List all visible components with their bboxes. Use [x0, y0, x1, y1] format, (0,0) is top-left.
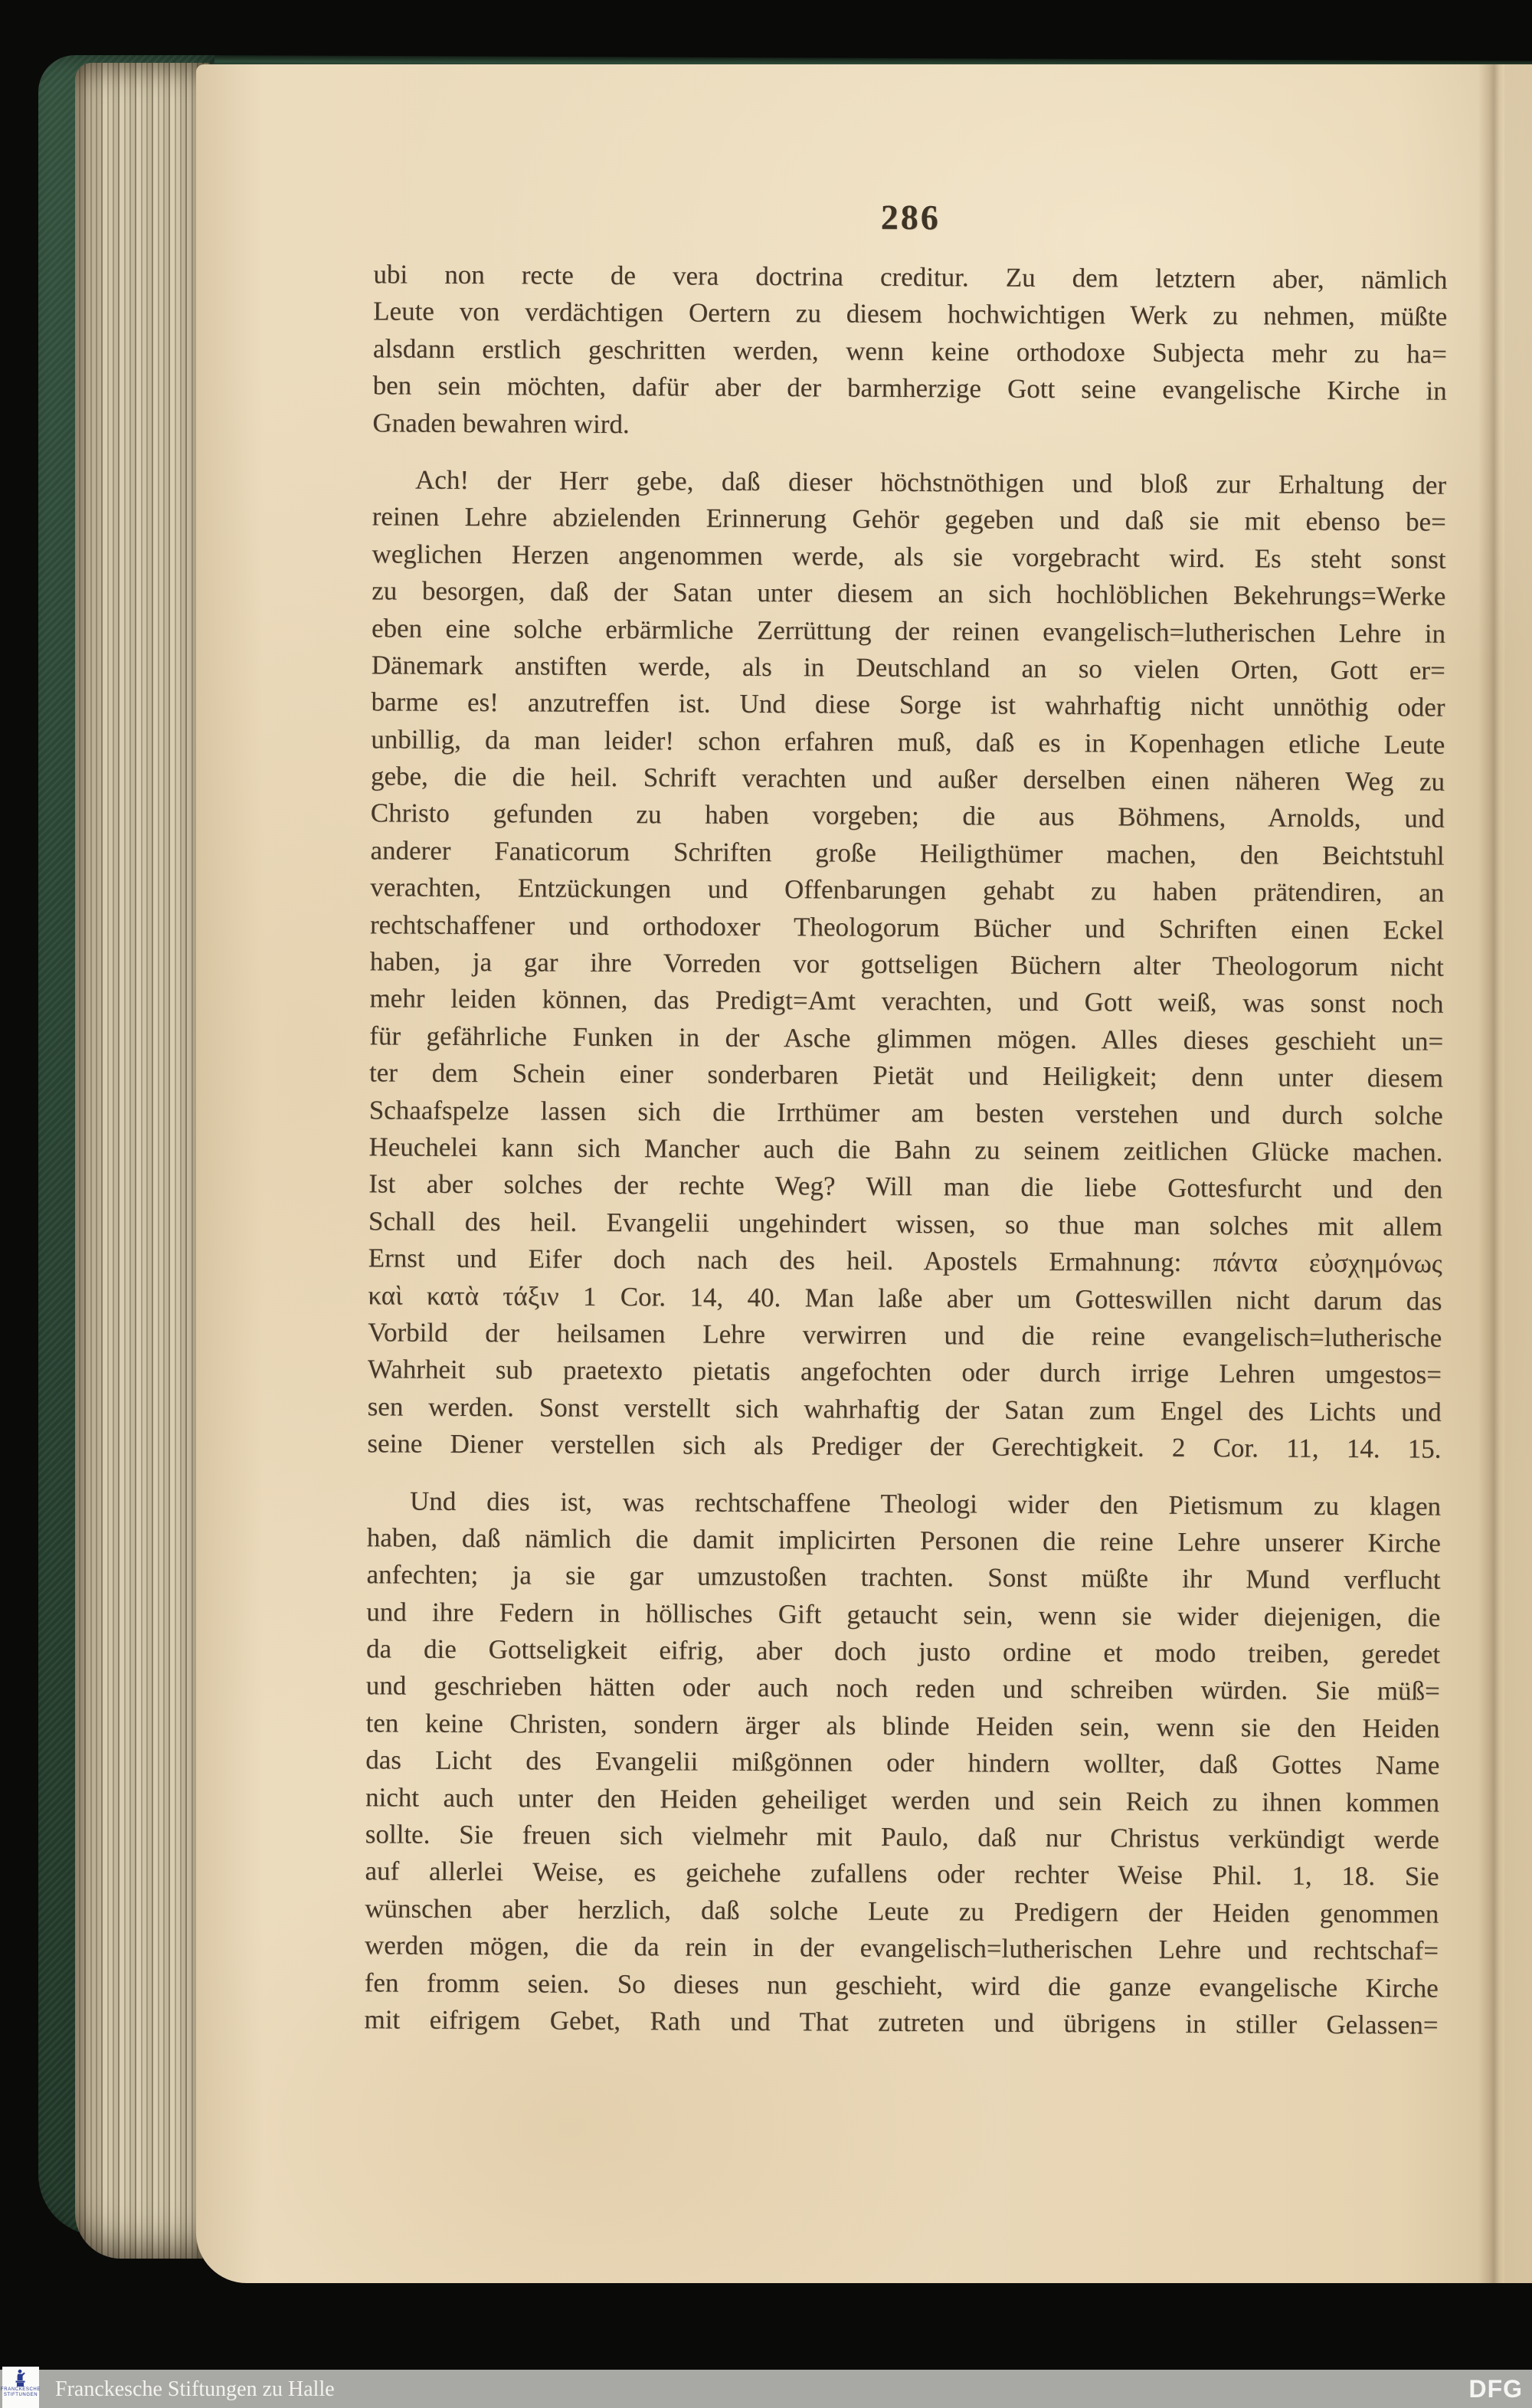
- text-line: auf allerlei Weise, es geichehe zufallen…: [365, 1853, 1439, 1896]
- text-line: Ernst und Eifer doch nach des heil. Apos…: [368, 1240, 1442, 1283]
- text-line: ter dem Schein einer sonderbaren Pietät …: [369, 1055, 1443, 1098]
- text-line: alsdann erstlich geschritten werden, wen…: [373, 330, 1447, 373]
- text-line: Und dies ist, was rechtschaffene Theolog…: [367, 1482, 1441, 1525]
- text-line: eben eine solche erbärmliche Zerrüttung …: [372, 610, 1445, 653]
- text-line: für gefährliche Funken in der Asche glim…: [369, 1017, 1443, 1060]
- text-line: und ihre Federn in höllisches Gift getau…: [366, 1594, 1440, 1636]
- text-line: verachten, Entzückungen und Offenbarunge…: [370, 870, 1444, 912]
- page-text: ubi non recte de vera doctrina creditur.…: [364, 256, 1447, 2044]
- franckesche-logo: FRANCKESCHE STIFTUNGEN: [2, 2367, 39, 2408]
- gutter-crease: [1478, 64, 1504, 2283]
- text-line: rechtschaffener und orthodoxer Theologor…: [370, 906, 1444, 949]
- text-line: Dänemark anstiften werde, als in Deutsch…: [372, 647, 1445, 690]
- text-line: Leute von verdächtigen Oertern zu diesem…: [373, 293, 1447, 336]
- dfg-logo: DFG: [1468, 2370, 1523, 2408]
- text-line: haben, ja gar ihre Vorreden vor gottseli…: [370, 943, 1444, 986]
- text-line: Heuchelei kann sich Mancher auch die Bah…: [368, 1129, 1442, 1171]
- paragraph: ubi non recte de vera doctrina creditur.…: [372, 256, 1447, 447]
- logo-text-line2: STIFTUNGEN: [4, 2393, 38, 2398]
- text-line: weglichen Herzen angenommen werde, als s…: [372, 536, 1445, 578]
- text-line: wünschen aber herzlich, daß solche Leute…: [365, 1890, 1439, 1933]
- text-line: anfechten; ja sie gar umzustoßen trachte…: [366, 1557, 1440, 1600]
- text-line: Vorbild der heilsamen Lehre verwirren un…: [368, 1314, 1442, 1357]
- text-line: das Licht des Evangelii mißgönnen oder h…: [365, 1742, 1439, 1785]
- text-line: Gnaden bewahren wird.: [372, 405, 1446, 447]
- text-line: ben sein möchten, dafür aber der barmher…: [373, 367, 1447, 410]
- text-line: Wahrheit sub praetexto pietatis angefoch…: [368, 1351, 1442, 1394]
- text-line: fen fromm seien. So dieses nun geschieht…: [365, 1964, 1439, 2007]
- text-line: ten keine Christen, sondern ärger als bl…: [365, 1705, 1439, 1748]
- text-line: nicht auch unter den Heiden geheiliget w…: [365, 1779, 1439, 1822]
- text-line: zu besorgen, daß der Satan unter diesem …: [372, 572, 1445, 615]
- text-line: καὶ κατὰ τάξιν 1 Cor. 14, 40. Man laße a…: [368, 1277, 1442, 1320]
- text-line: werden mögen, die da rein in der evangel…: [365, 1927, 1439, 1970]
- text-line: reinen Lehre abzielenden Erinnerung Gehö…: [372, 499, 1446, 542]
- logo-text-line1: FRANCKESCHE: [1, 2387, 41, 2393]
- text-line: Ach! der Herr gebe, daß dieser höchstnöt…: [372, 461, 1446, 504]
- text-line: sollte. Sie freuen sich vielmehr mit Pau…: [365, 1816, 1439, 1859]
- paragraph: Und dies ist, was rechtschaffene Theolog…: [364, 1482, 1441, 2044]
- text-line: und geschrieben hätten oder auch noch re…: [366, 1668, 1440, 1711]
- text-line: Ist aber solches der rechte Weg? Will ma…: [368, 1166, 1442, 1209]
- text-line: sen werden. Sonst verstellt sich wahrhaf…: [368, 1388, 1442, 1431]
- gutter-fold: [1504, 64, 1532, 2283]
- page-content: 286 ubi non recte de vera doctrina credi…: [364, 195, 1448, 2044]
- text-line: mit eifrigem Gebet, Rath und That zutret…: [364, 2001, 1438, 2044]
- page-edge-stack: [75, 63, 210, 2259]
- text-line: barme es! anzutreffen ist. Und diese Sor…: [371, 684, 1445, 727]
- text-line: haben, daß nämlich die damit implicirten…: [367, 1519, 1441, 1562]
- paragraph: Ach! der Herr gebe, daß dieser höchstnöt…: [367, 461, 1446, 1468]
- text-line: Schaafspelze lassen sich die Irrthümer a…: [369, 1092, 1443, 1135]
- scanned-book-photo: 286 ubi non recte de vera doctrina credi…: [0, 0, 1532, 2408]
- page-number: 286: [374, 195, 1448, 240]
- text-line: da die Gottseligkeit eifrig, aber doch j…: [366, 1630, 1440, 1673]
- text-line: ubi non recte de vera doctrina creditur.…: [373, 256, 1447, 299]
- text-line: unbillig, da man leider! schon erfahren …: [371, 721, 1445, 764]
- text-line: Christo gefunden zu haben vorgeben; die …: [371, 795, 1445, 838]
- text-line: mehr leiden können, das Predigt=Amt vera…: [369, 981, 1443, 1024]
- statue-icon: [13, 2369, 28, 2387]
- text-line: gebe, die die heil. Schrift verachten un…: [371, 758, 1445, 801]
- text-line: Schall des heil. Evangelii ungehindert w…: [368, 1203, 1442, 1246]
- institution-label: Franckesche Stiftungen zu Halle: [55, 2370, 335, 2408]
- text-line: anderer Fanaticorum Schriften große Heil…: [370, 832, 1444, 875]
- text-line: seine Diener verstellen sich als Predige…: [367, 1425, 1441, 1468]
